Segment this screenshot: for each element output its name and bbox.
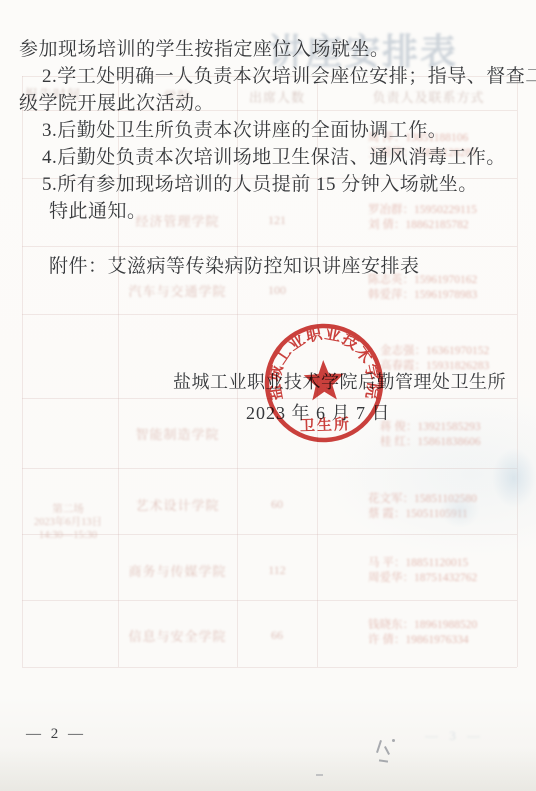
ghost-college-cell: 智能制造学院 — [118, 424, 237, 443]
body-line: 参加现场培训的学生按指定座位入场就坐。 — [19, 34, 390, 61]
ghost-grid-line — [22, 246, 517, 247]
scan-edge-shading — [0, 748, 536, 791]
ghost-contact-cell: 花文军：15851102580 蔡 霞：15051105911 — [368, 492, 530, 521]
ghost-contact-cell: 钱晓东：18961988520 许 倩：19861976334 — [368, 618, 530, 647]
pencil-stroke — [384, 746, 390, 755]
ghost-college-cell: 商务与传媒学院 — [118, 561, 237, 580]
ghost-college-cell: 信息与安全学院 — [118, 626, 237, 645]
ghost-grid-line — [22, 600, 517, 601]
ghost-contact-line: 周爱华：18751432762 — [368, 571, 530, 586]
ghost-contact-line: 花文军：15851102580 — [368, 492, 530, 507]
ghost-contact-line: 蒋 俊：13921585293 — [380, 420, 536, 435]
ghost-count-cell: 60 — [237, 497, 317, 512]
ghost-contact-line: 蔡 霞：15051105911 — [368, 507, 530, 522]
pencil-stroke — [379, 759, 388, 762]
body-line: 4.后勤处负责本次培训场地卫生保洁、通风消毒工作。 — [42, 142, 506, 169]
ink-speck — [316, 774, 323, 776]
ghost-contact-line: 金志强：16361970152 — [380, 344, 536, 359]
ghost-contact-line: 刘 倩：18862185782 — [368, 218, 530, 233]
body-line: 级学院开展此次活动。 — [19, 88, 214, 115]
scanned-page: 讲座安排表 报告时间 学院 出席人数 负责人及联系方式 第二场 2023年6月1… — [0, 0, 536, 791]
pencil-stroke — [376, 740, 382, 753]
ghost-header-contact: 负责人及联系方式 — [340, 87, 517, 106]
ghost-header-count: 出席人数 — [237, 87, 317, 106]
page-number: — 2 — — [26, 726, 86, 743]
ghost-contact-line: 钱晓东：18961988520 — [368, 618, 530, 633]
ghost-count-cell: 100 — [237, 283, 317, 298]
ghost-grid-line — [22, 76, 23, 667]
ghost-college-cell: 艺术设计学院 — [118, 495, 237, 514]
ghost-session-cell: 第二场 2023年6月13日 14:30—15:30 — [22, 503, 114, 542]
ghost-grid-line — [22, 468, 517, 469]
ghost-contact-line: 马 平：18851120015 — [368, 556, 530, 571]
ghost-next-page-number: — 3 — — [425, 728, 484, 744]
attachment-line: 附件：艾滋病等传染病防控知识讲座安排表 — [49, 251, 420, 278]
ghost-session-line: 2023年6月13日 — [22, 516, 114, 529]
body-line: 2.学工处明确一人负责本次培训会座位安排；指导、督查二 — [42, 61, 536, 88]
official-seal-stamp: 盐城工业职业技术学院 卫生所 — [260, 319, 388, 447]
ghost-count-cell: 121 — [237, 213, 317, 228]
ghost-contact-line: 韩爱萍：15961978983 — [368, 288, 530, 303]
ghost-grid-line — [22, 667, 517, 668]
pencil-scribble — [366, 734, 406, 774]
pencil-dot — [392, 739, 395, 742]
body-line: 特此通知。 — [49, 196, 147, 223]
ghost-contact-line: 桂 红：15861838606 — [380, 435, 536, 450]
ghost-count-cell: 112 — [237, 563, 317, 578]
body-line: 5.所有参加现场培训的人员提前 15 分钟入场就坐。 — [42, 169, 478, 196]
ghost-session-line: 第二场 — [22, 503, 114, 516]
ghost-contact-cell: 蒋 俊：13921585293 桂 红：15861838606 — [380, 420, 536, 449]
ghost-contact-cell: 马 平：18851120015 周爱华：18751432762 — [368, 556, 530, 585]
seal-star-icon — [303, 359, 344, 400]
seal-bottom-text: 卫生所 — [300, 415, 352, 435]
ghost-contact-line: 罗冶群：15950229115 — [368, 203, 530, 218]
ghost-grid-line — [22, 314, 517, 315]
ghost-contact-cell: 罗冶群：15950229115 刘 倩：18862185782 — [368, 203, 530, 232]
ghost-college-cell: 汽车与交通学院 — [118, 281, 237, 300]
ghost-session-line: 14:30—15:30 — [22, 529, 114, 542]
body-line: 3.后勤处卫生所负责本次讲座的全面协调工作。 — [42, 115, 447, 142]
ghost-count-cell: 66 — [237, 628, 317, 643]
ghost-contact-line: 许 倩：19861976334 — [368, 633, 530, 648]
